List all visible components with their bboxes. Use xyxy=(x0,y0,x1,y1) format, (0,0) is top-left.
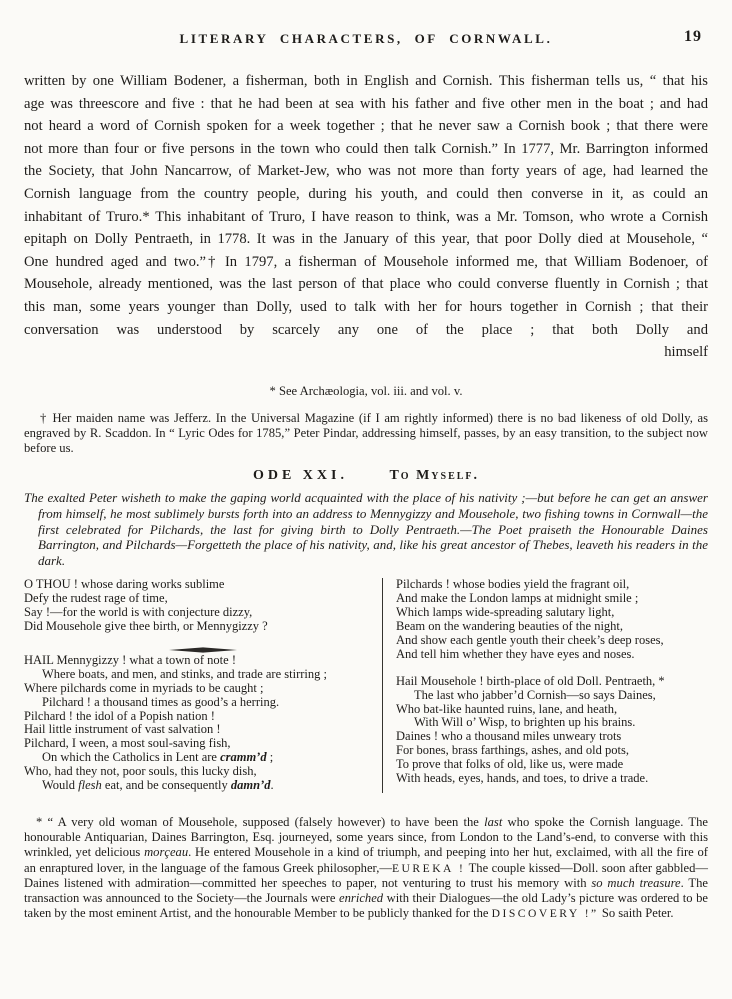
poem-line: And show each gentle youth their cheek’s… xyxy=(396,634,708,648)
poem-line: For bones, brass farthings, ashes, and o… xyxy=(396,744,708,758)
poem-line: With heads, eyes, hands, and toes, to dr… xyxy=(396,772,708,786)
emphasis-text: cramm’d xyxy=(220,750,267,764)
poem-line: Defy the rudest rage of time, xyxy=(24,592,382,606)
poem-line: Where boats, and men, and stinks, and tr… xyxy=(24,668,382,682)
poem-line: Pilchard ! the idol of a Popish nation ! xyxy=(24,710,382,724)
emphasis-text: DISCOVERY !” xyxy=(492,907,599,920)
poem-line: Say !—for the world is with conjecture d… xyxy=(24,606,382,620)
emphasis-text: damn’d xyxy=(231,778,271,792)
poem-line: With Will o’ Wisp, to brighten up his br… xyxy=(396,716,708,730)
poem-line: Beam on the wandering beauties of the ni… xyxy=(396,620,708,634)
poem-line: Hail Mousehole ! birth-place of old Doll… xyxy=(396,675,708,689)
emphasis-text: EUREKA ! xyxy=(392,862,465,875)
footnote-star-reference: * See Archæologia, vol. iii. and vol. v. xyxy=(24,384,708,399)
poem-line: And make the London lamps at midnight sm… xyxy=(396,592,708,606)
poem-line: Pilchard, I ween, a most soul-saving fis… xyxy=(24,737,382,751)
emphasis-text: last xyxy=(484,815,502,829)
ode-title: ODE XXI. xyxy=(253,468,348,483)
poem-stanza: Hail Mousehole ! birth-place of old Doll… xyxy=(396,675,708,786)
poem-line: Pilchards ! whose bodies yield the fragr… xyxy=(396,578,708,592)
poem-line: Who bat-like haunted ruins, lane, and he… xyxy=(396,703,708,717)
emphasis-text: enriched xyxy=(339,891,383,905)
body-paragraph: written by one William Bodener, a fisher… xyxy=(24,70,708,341)
poem-left-column: O THOU ! whose daring works sublimeDefy … xyxy=(24,578,382,793)
poem-line: The last who jabber’d Cornish—so says Da… xyxy=(396,689,708,703)
running-title: LITERARY CHARACTERS, OF CORNWALL. xyxy=(180,31,553,47)
poem-line: On which the Catholics in Lent are cramm… xyxy=(24,751,382,765)
footnote-dagger: † Her maiden name was Jefferz. In the Un… xyxy=(24,411,708,457)
poem-line: O THOU ! whose daring works sublime xyxy=(24,578,382,592)
poem-line: Where pilchards come in myriads to be ca… xyxy=(24,682,382,696)
poem-right-column: Pilchards ! whose bodies yield the fragr… xyxy=(382,578,708,793)
ode-heading: ODE XXI. To Myself. xyxy=(24,468,708,484)
ode-argument: The exalted Peter wisheth to make the ga… xyxy=(24,490,708,568)
book-page-scan: LITERARY CHARACTERS, OF CORNWALL. 19 wri… xyxy=(0,0,732,999)
poem-line: Daines ! who a thousand miles unweary tr… xyxy=(396,730,708,744)
stanza-divider xyxy=(24,641,382,647)
poem-line: And tell him whether they have eyes and … xyxy=(396,648,708,662)
paragraph-overflow-word: himself xyxy=(24,341,708,364)
poem-line: HAIL Mennygizzy ! what a town of note ! xyxy=(24,654,382,668)
page-header: LITERARY CHARACTERS, OF CORNWALL. 19 xyxy=(24,30,708,50)
poem-line: Which lamps wide-spreading salutary ligh… xyxy=(396,606,708,620)
poem: O THOU ! whose daring works sublimeDefy … xyxy=(24,578,708,793)
poem-line: Would flesh eat, and be consequently dam… xyxy=(24,779,382,793)
poem-line: Who, had they not, poor souls, this luck… xyxy=(24,765,382,779)
emphasis-text: morçeau xyxy=(144,845,188,859)
poem-stanza: Pilchards ! whose bodies yield the fragr… xyxy=(396,578,708,661)
footnote-bottom: * “ A very old woman of Mousehole, suppo… xyxy=(24,815,708,921)
poem-line: Hail little instrument of vast salvation… xyxy=(24,723,382,737)
poem-line: Did Mousehole give thee birth, or Mennyg… xyxy=(24,620,382,634)
poem-stanza: HAIL Mennygizzy ! what a town of note !W… xyxy=(24,654,382,793)
emphasis-text: so much treasure xyxy=(591,876,680,890)
poem-line: Pilchard ! a thousand times as good’s a … xyxy=(24,696,382,710)
emphasis-text: flesh xyxy=(78,778,102,792)
poem-line: To prove that folks of old, like us, wer… xyxy=(396,758,708,772)
page-number: 19 xyxy=(684,28,702,46)
poem-stanza: O THOU ! whose daring works sublimeDefy … xyxy=(24,578,382,634)
ode-subtitle: To Myself. xyxy=(389,468,479,483)
